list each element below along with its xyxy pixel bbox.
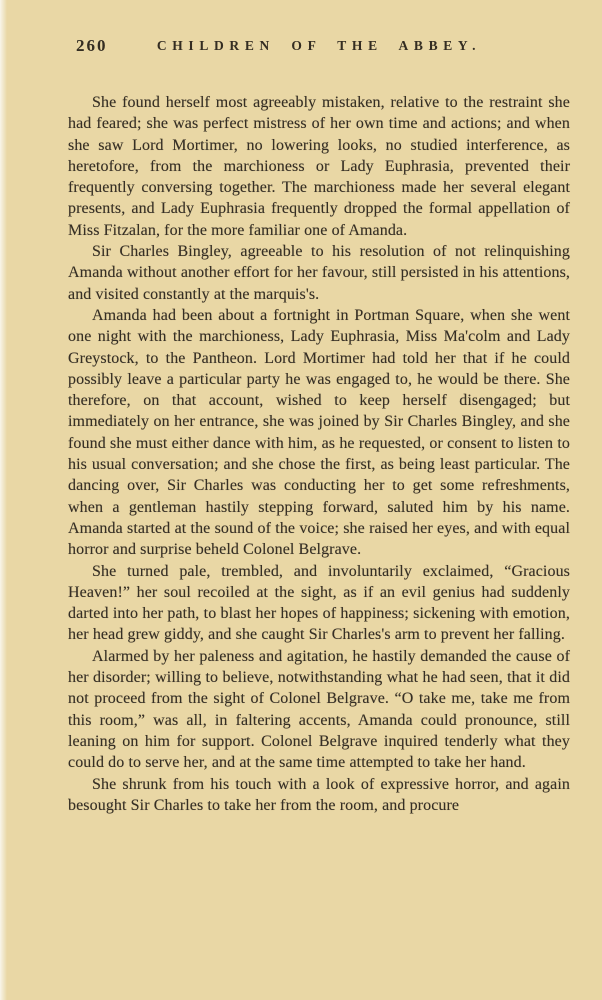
page-header: 260 CHILDREN OF THE ABBEY. — [68, 36, 570, 62]
paragraph-5: Alarmed by her paleness and agitation, h… — [68, 646, 570, 774]
paragraph-1: She found herself most agreeably mistake… — [68, 92, 570, 241]
paragraph-2: Sir Charles Bingley, agreeable to his re… — [68, 241, 570, 305]
book-page: 260 CHILDREN OF THE ABBEY. She found her… — [0, 0, 602, 1000]
paragraph-4: She turned pale, trembled, and involunta… — [68, 561, 570, 646]
paragraph-6: She shrunk from his touch with a look of… — [68, 774, 570, 817]
paragraph-3: Amanda had been about a fortnight in Por… — [68, 305, 570, 561]
page-body: She found herself most agreeably mistake… — [68, 92, 570, 816]
page-number: 260 — [76, 36, 108, 56]
running-title: CHILDREN OF THE ABBEY. — [68, 36, 570, 54]
